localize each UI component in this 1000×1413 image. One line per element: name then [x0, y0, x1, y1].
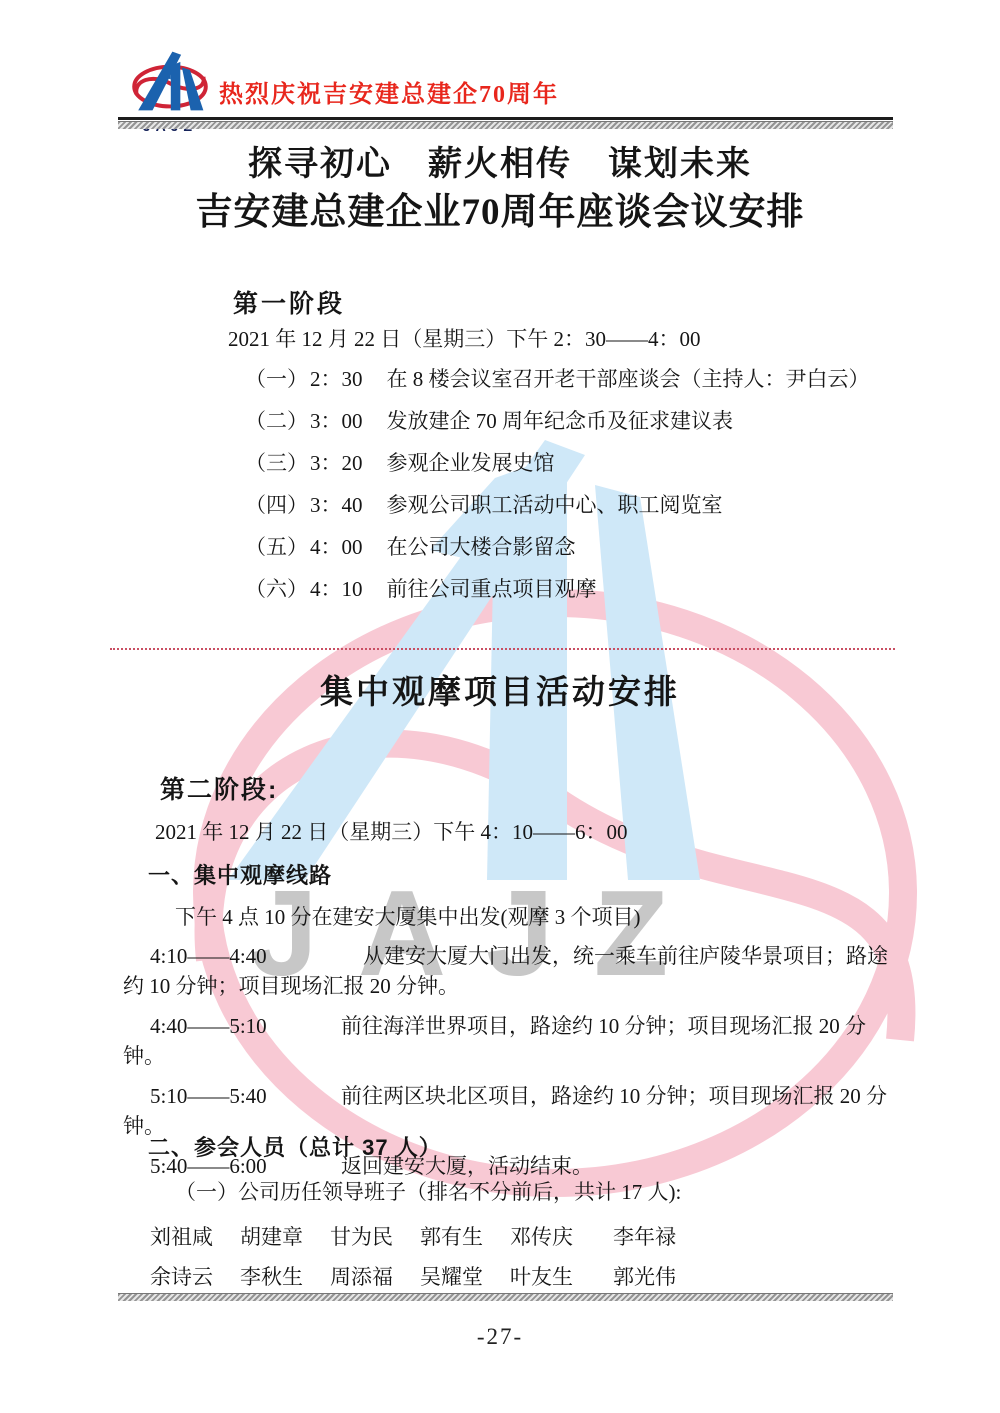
route-time: 4:40——5:10 [150, 1011, 341, 1041]
route-item: 4:10——4:40从建安大厦大门出发，统一乘车前往庐陵华景项目；路途约 10 … [123, 941, 895, 1001]
item-time: 4：00 [310, 535, 363, 559]
header-slogan: 热烈庆祝吉安建总建企70周年 [219, 74, 559, 109]
attendee-name: 叶友生 [510, 1265, 573, 1289]
stage2-subheading-route: 一、集中观摩线路 [148, 859, 332, 890]
item-time: 3：40 [310, 493, 363, 517]
item-desc: 参观企业发展史馆 [387, 451, 555, 475]
section-divider [110, 648, 895, 650]
header-rule [118, 117, 893, 129]
schedule-item: （一）2：30在 8 楼会议室召开老干部座谈会（主持人：尹白云） [245, 366, 870, 392]
header-rule-line [118, 117, 893, 120]
attendee-name: 甘为民 [330, 1225, 393, 1249]
item-number: （三） [245, 451, 308, 475]
item-number: （一） [245, 367, 308, 391]
main-title-line1: 探寻初心 薪火相传 谋划未来 [0, 136, 1000, 185]
footer-rule [118, 1292, 893, 1301]
stage1-date: 2021 年 12 月 22 日（星期三）下午 2：30——4：00 [228, 323, 701, 353]
schedule-item: （六）4：10前往公司重点项目观摩 [245, 576, 870, 602]
attendee-name-row: 刘祖咸胡建章甘为民郭有生邓传庆李年禄 [150, 1221, 676, 1251]
route-item: 4:40——5:10前往海洋世界项目，路途约 10 分钟；项目现场汇报 20 分… [123, 1011, 895, 1071]
attendee-name-row: 余诗云李秋生周添福吴耀堂叶友生郭光伟 [150, 1261, 676, 1291]
attendee-name: 李年禄 [613, 1225, 676, 1249]
schedule-item: （三）3：20参观企业发展史馆 [245, 450, 870, 476]
document-content: JAJZ 热烈庆祝吉安建总建企70周年 探寻初心 薪火相传 谋划未来 吉安建总建… [0, 0, 1000, 1413]
attendee-name: 李秋生 [240, 1265, 303, 1289]
page-number: -27- [0, 1324, 1000, 1350]
item-number: （五） [245, 535, 308, 559]
company-logo-icon [128, 50, 212, 112]
attendee-group-title: （一）公司历任领导班子（排名不分前后，共计 17 人): [175, 1176, 681, 1206]
item-time: 3：00 [310, 409, 363, 433]
attendee-name: 邓传庆 [510, 1225, 573, 1249]
item-time: 2：30 [310, 367, 363, 391]
schedule-item: （二）3：00发放建企 70 周年纪念币及征求建议表 [245, 408, 870, 434]
attendee-name: 胡建章 [240, 1225, 303, 1249]
stage2-heading: 第二阶段: [160, 770, 278, 806]
route-time: 5:10——5:40 [150, 1081, 341, 1111]
item-desc: 发放建企 70 周年纪念币及征求建议表 [387, 409, 734, 433]
attendee-name: 刘祖咸 [150, 1225, 213, 1249]
schedule-item: （四）3：40参观公司职工活动中心、职工阅览室 [245, 492, 870, 518]
item-desc: 在公司大楼合影留念 [387, 535, 576, 559]
attendee-name: 周添福 [330, 1265, 393, 1289]
schedule-item: （五）4：00在公司大楼合影留念 [245, 534, 870, 560]
attendee-name: 郭光伟 [613, 1265, 676, 1289]
attendee-name: 吴耀堂 [420, 1265, 483, 1289]
stage1-heading: 第一阶段 [233, 284, 345, 320]
attendee-name: 郭有生 [420, 1225, 483, 1249]
item-desc: 参观公司职工活动中心、职工阅览室 [387, 493, 723, 517]
stage1-item-list: （一）2：30在 8 楼会议室召开老干部座谈会（主持人：尹白云） （二）3：00… [245, 366, 870, 618]
attendee-name: 余诗云 [150, 1265, 213, 1289]
stage2-subheading-attendees: 二、参会人员（总计 37 人） [148, 1131, 442, 1162]
item-time: 3：20 [310, 451, 363, 475]
item-desc: 在 8 楼会议室召开老干部座谈会（主持人：尹白云） [387, 367, 870, 391]
header-rule-hatch [118, 121, 893, 129]
item-number: （二） [245, 409, 308, 433]
main-title-line2: 吉安建总建企业70周年座谈会议安排 [0, 181, 1000, 235]
stage2-date: 2021 年 12 月 22 日（星期三）下午 4：10——6：00 [155, 816, 628, 846]
stage2-departure: 下午 4 点 10 分在建安大厦集中出发(观摩 3 个项目) [175, 901, 641, 931]
item-number: （六） [245, 577, 308, 601]
item-number: （四） [245, 493, 308, 517]
route-time: 4:10——4:40 [150, 941, 363, 971]
footer-rule-hatch [118, 1293, 893, 1301]
item-desc: 前往公司重点项目观摩 [387, 577, 597, 601]
section2-title: 集中观摩项目活动安排 [0, 666, 1000, 713]
document-page: JAJZ JAJZ 热烈庆祝吉安建总建企70周年 探寻初心 薪火相传 谋划未来 … [0, 0, 1000, 1413]
item-time: 4：10 [310, 577, 363, 601]
